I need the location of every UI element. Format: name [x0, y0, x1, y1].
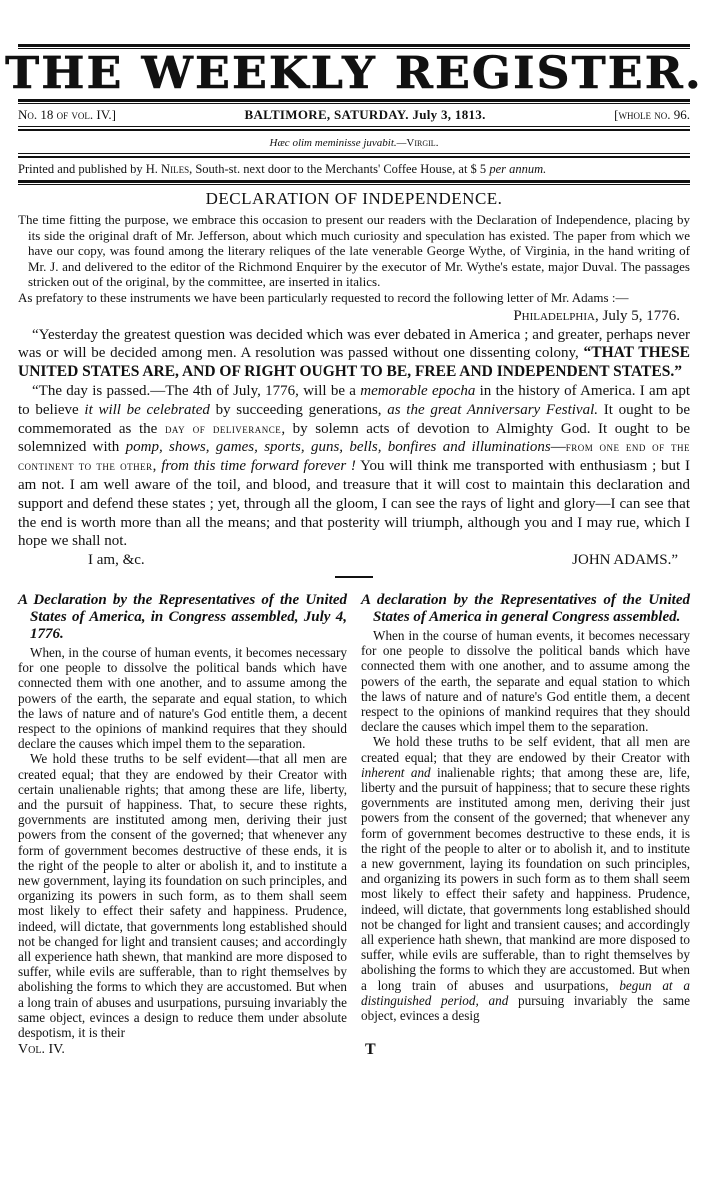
whole-number: [whole no. 96.: [614, 106, 690, 124]
column-paragraph: When in the course of human events, it b…: [361, 628, 690, 734]
letter-place: Philadelphia,: [513, 308, 598, 324]
letter-italic: memorable epocha: [360, 383, 475, 399]
letter-paragraph: “The day is passed.—The 4th of July, 177…: [18, 382, 690, 551]
intro-paragraph: As prefatory to these instruments we hav…: [18, 290, 690, 306]
letter-italic: pomp, shows, games, sports, guns, bells,…: [126, 439, 551, 455]
column-heading: A declaration by the Representatives of …: [361, 592, 690, 626]
letter-italic: from this time forward forever !: [161, 458, 356, 474]
letter-text: by succeeding generations,: [210, 402, 387, 418]
masthead-title: THE WEEKLY REGISTER.: [5, 51, 704, 97]
letter-signoff: I am, &c. JOHN ADAMS.”: [18, 551, 690, 570]
top-margin: [18, 0, 690, 44]
issue-number: No. 18 of vol. IV.]: [18, 106, 116, 124]
column-adopted-declaration: A Declaration by the Representatives of …: [18, 592, 347, 1040]
stricken-passage: inherent and: [361, 765, 431, 780]
letter-paragraph: “Yesterday the greatest question was dec…: [18, 326, 690, 382]
letter-text: —: [551, 439, 566, 455]
sheet-signature: T: [365, 1042, 376, 1058]
letter-italic: it will be celebrated: [84, 402, 209, 418]
column-heading: A Declaration by the Representatives of …: [18, 592, 347, 643]
column-paragraph: We hold these truths to be self evident,…: [361, 734, 690, 1023]
imprint-prefix: Printed and published by H.: [18, 162, 161, 176]
letter-closing: I am, &c.: [18, 551, 145, 570]
imprint-line: Printed and published by H. Niles, South…: [18, 158, 690, 180]
column-text: inalienable rights; that among these are…: [361, 765, 690, 993]
letter-text: ,: [153, 458, 162, 474]
column-text: We hold these truths to be self evident,…: [361, 734, 690, 764]
dateline-row: No. 18 of vol. IV.] BALTIMORE, SATURDAY.…: [18, 104, 690, 126]
letter-smallcaps: day of deliverance: [165, 421, 281, 436]
letter-signature: JOHN ADAMS.”: [572, 551, 678, 570]
article-intro: The time fitting the purpose, we embrace…: [18, 212, 690, 306]
declaration-columns: A Declaration by the Representatives of …: [18, 592, 690, 1040]
volume-signature: Vol. IV.: [18, 1042, 365, 1058]
motto: Hæc olim meminisse juvabit.—Virgil.: [18, 131, 690, 153]
column-paragraph: We hold these truths to be self evident—…: [18, 751, 347, 1040]
imprint-rule: [18, 180, 690, 185]
letter-italic: as the great Anniversary Festival.: [387, 402, 598, 418]
page-footer: Vol. IV. T: [18, 1042, 690, 1058]
article-title: DECLARATION OF INDEPENDENCE.: [18, 189, 690, 209]
intro-paragraph: The time fitting the purpose, we embrace…: [18, 212, 690, 290]
section-divider: [335, 576, 373, 578]
dateline: BALTIMORE, SATURDAY. July 3, 1813.: [245, 106, 486, 124]
motto-text: Hæc olim meminisse juvabit.—: [270, 137, 407, 149]
imprint-middle: , South-st. next door to the Merchants' …: [189, 162, 489, 176]
letter-dateline: Philadelphia, July 5, 1776.: [18, 306, 690, 326]
letter-text: “The day is passed.—The 4th of July, 177…: [32, 383, 360, 399]
adams-letter: “Yesterday the greatest question was dec…: [18, 326, 690, 570]
price-unit: per annum.: [489, 162, 546, 176]
letter-date: July 5, 1776.: [602, 308, 680, 324]
printer-name: Niles: [161, 162, 189, 176]
column-paragraph: When, in the course of human events, it …: [18, 645, 347, 751]
column-original-draft: A declaration by the Representatives of …: [361, 592, 690, 1040]
motto-author: Virgil.: [406, 137, 438, 149]
newspaper-page: THE WEEKLY REGISTER. No. 18 of vol. IV.]…: [18, 0, 690, 1058]
